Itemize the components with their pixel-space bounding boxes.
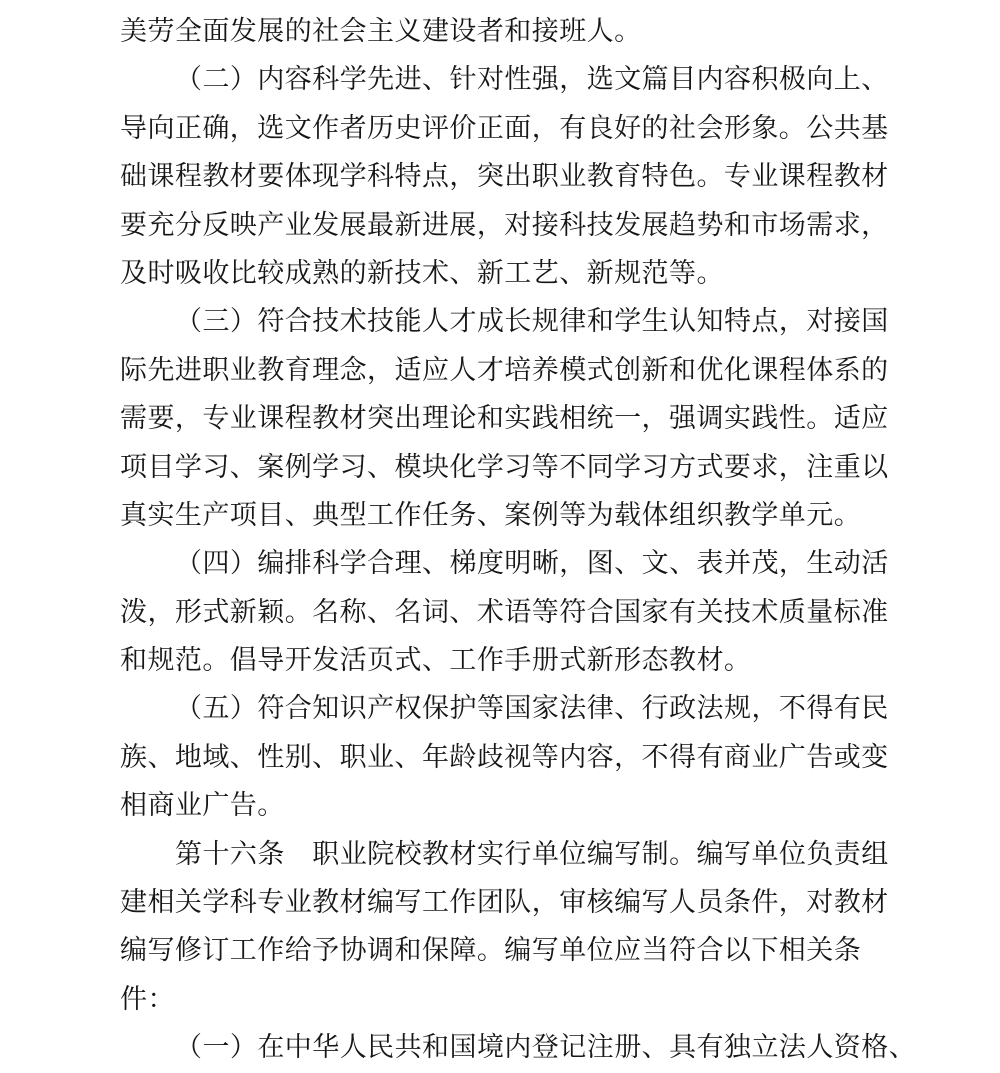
text-line: 础课程教材要体现学科特点，突出职业教育特色。专业课程教材 bbox=[120, 152, 892, 200]
text-line: 族、地域、性别、职业、年龄歧视等内容，不得有商业广告或变 bbox=[120, 733, 892, 781]
text-line: 真实生产项目、典型工作任务、案例等为载体组织教学单元。 bbox=[120, 491, 892, 539]
text-line: （四）编排科学合理、梯度明晰，图、文、表并茂，生动活 bbox=[120, 539, 892, 587]
document-page: 美劳全面发展的社会主义建设者和接班人。（二）内容科学先进、针对性强，选文篇目内容… bbox=[0, 0, 1000, 1073]
text-line: 际先进职业教育理念，适应人才培养模式创新和优化课程体系的 bbox=[120, 346, 892, 394]
text-line: （三）符合技术技能人才成长规律和学生认知特点，对接国 bbox=[120, 297, 892, 345]
text-line: （五）符合知识产权保护等国家法律、行政法规，不得有民 bbox=[120, 684, 892, 732]
text-line: 第十六条 职业院校教材实行单位编写制。编写单位负责组 bbox=[120, 830, 892, 878]
text-line: 美劳全面发展的社会主义建设者和接班人。 bbox=[120, 7, 892, 55]
text-line: 和规范。倡导开发活页式、工作手册式新形态教材。 bbox=[120, 636, 892, 684]
text-line: 相商业广告。 bbox=[120, 781, 892, 829]
document-body: 美劳全面发展的社会主义建设者和接班人。（二）内容科学先进、针对性强，选文篇目内容… bbox=[120, 7, 892, 1072]
text-line: 需要，专业课程教材突出理论和实践相统一，强调实践性。适应 bbox=[120, 394, 892, 442]
text-line: 导向正确，选文作者历史评价正面，有良好的社会形象。公共基 bbox=[120, 104, 892, 152]
text-line: 要充分反映产业发展最新进展，对接科技发展趋势和市场需求， bbox=[120, 201, 892, 249]
text-line: 泼，形式新颖。名称、名词、术语等符合国家有关技术质量标准 bbox=[120, 588, 892, 636]
text-line: 编写修订工作给予协调和保障。编写单位应当符合以下相关条 bbox=[120, 926, 892, 974]
text-line: （二）内容科学先进、针对性强，选文篇目内容积极向上、 bbox=[120, 55, 892, 103]
text-line: 项目学习、案例学习、模块化学习等不同学习方式要求，注重以 bbox=[120, 443, 892, 491]
text-line: 件： bbox=[120, 975, 892, 1023]
text-line: 及时吸收比较成熟的新技术、新工艺、新规范等。 bbox=[120, 249, 892, 297]
text-line: （一）在中华人民共和国境内登记注册、具有独立法人资格、 bbox=[120, 1023, 892, 1071]
text-line: 建相关学科专业教材编写工作团队，审核编写人员条件，对教材 bbox=[120, 878, 892, 926]
